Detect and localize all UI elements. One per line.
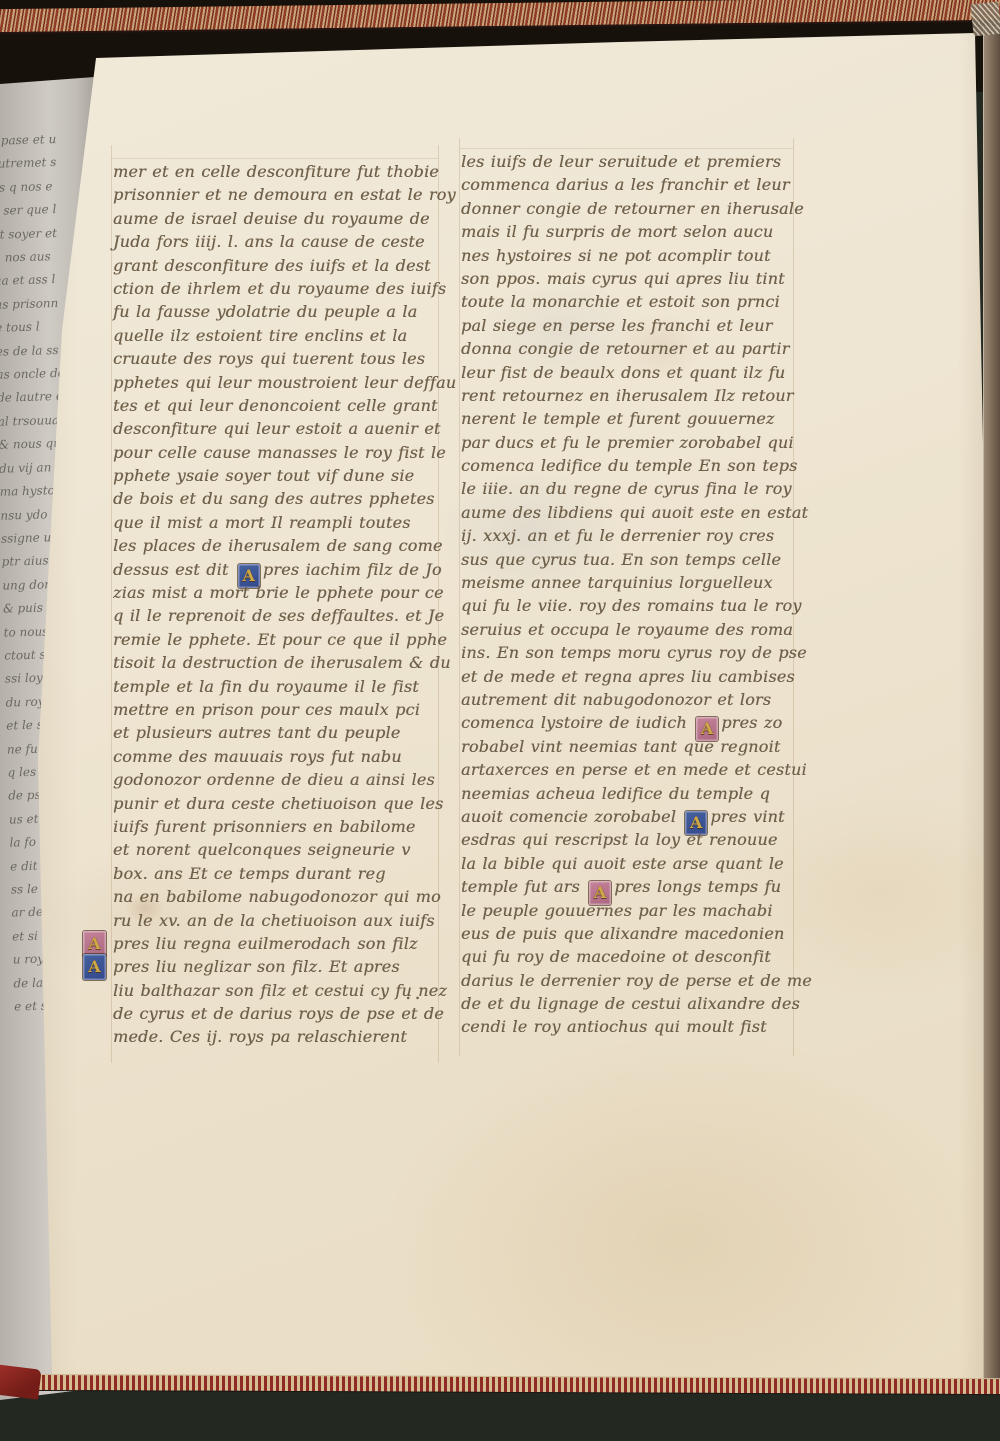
manuscript-text-line: par ducs et fu le premier zorobabel qui — [461, 431, 801, 454]
manuscript-text-line: sus que cyrus tua. En son temps celle — [461, 548, 801, 571]
manuscript-text-line: robabel vint neemias tant que regnoit — [461, 735, 801, 758]
ruling-line — [111, 158, 438, 159]
manuscript-text-line: de bois et du sang des autres pphetes — [113, 487, 453, 510]
manuscript-text-line: punir et dura ceste chetiuoison que les — [113, 792, 453, 815]
manuscript-text-line: nes hystoires si ne pot acomplir tout — [461, 244, 801, 267]
manuscript-text-line: de et du lignage de cestui alixandre des — [461, 992, 801, 1015]
manuscript-text-line: et de mede et regna apres liu cambises — [461, 665, 801, 688]
manuscript-text-line: rent retournez en iherusalem Ilz retour — [461, 384, 801, 407]
manuscript-text-line: que il mist a mort Il reampli toutes — [113, 511, 453, 534]
manuscript-text-line: qui fu le viie. roy des romains tua le r… — [461, 594, 801, 617]
page-edges-top-right — [970, 2, 1000, 37]
manuscript-text-line: ru le xv. an de la chetiuoison aux iuifs — [113, 909, 453, 932]
fore-edge-pages — [983, 26, 1000, 1388]
manuscript-text-line: godonozor ordenne de dieu a ainsi les — [113, 768, 453, 791]
manuscript-text-line: darius le derrenier roy de perse et de m… — [461, 969, 801, 992]
manuscript-text-line: neemias acheua ledifice du temple q — [461, 782, 801, 805]
manuscript-text-line: ins. En son temps moru cyrus roy de pse — [461, 641, 801, 664]
manuscript-page: 67 mer et en celle desconfiture fut thob… — [0, 0, 1000, 1441]
manuscript-text-line: eus de puis que alixandre macedonien — [461, 922, 801, 945]
manuscript-text-line: donner congie de retourner en iherusale — [461, 197, 801, 220]
manuscript-text-line: esdras qui rescripst la loy et renouue — [461, 828, 801, 851]
manuscript-text-line: iuifs furent prisonniers en babilome — [113, 815, 453, 838]
ruling-line — [459, 148, 793, 149]
manuscript-text-line: les iuifs de leur seruitude et premiers — [461, 150, 801, 173]
illuminated-initial: A — [83, 931, 106, 957]
manuscript-text-line: artaxerces en perse et en mede et cestui — [461, 758, 801, 781]
manuscript-text-line: Juda fors iiij. l. ans la cause de ceste — [113, 230, 453, 253]
ruling-line — [111, 145, 112, 1063]
manuscript-text-line: nerent le temple et furent gouuernez — [461, 407, 801, 430]
manuscript-text-line: auoit comencie zorobabel Apres vint — [461, 805, 801, 828]
manuscript-text-line: mettre en prison pour ces maulx pci — [113, 698, 453, 721]
manuscript-text-line: la la bible qui auoit este arse quant le — [461, 852, 801, 875]
manuscript-text-line: Apres liu regna euilmerodach son filz — [113, 932, 453, 955]
manuscript-text-line: meisme annee tarquinius lorguelleux — [461, 571, 801, 594]
manuscript-text-line: le peuple gouuernes par les machabi — [461, 899, 801, 922]
manuscript-text-line: cruaute des roys qui tuerent tous les — [113, 347, 453, 370]
manuscript-text-line: quelle ilz estoient tire enclins et la — [113, 324, 453, 347]
manuscript-text-line: son ppos. mais cyrus qui apres liu tint — [461, 267, 801, 290]
manuscript-text-line: comenca ledifice du temple En son teps — [461, 454, 801, 477]
manuscript-text-line: toute la monarchie et estoit son prnci — [461, 290, 801, 313]
manuscript-text-line: et plusieurs autres tant du peuple — [113, 721, 453, 744]
manuscript-text-line: qui fu roy de macedoine ot desconfit — [461, 945, 801, 968]
manuscript-text-line: les places de iherusalem de sang come — [113, 534, 453, 557]
manuscript-text-line: aume des libdiens qui auoit este en esta… — [461, 501, 801, 524]
manuscript-text-line: pal siege en perse les franchi et leur — [461, 314, 801, 337]
binding-corner-leather — [0, 1364, 42, 1399]
manuscript-text-line: Apres liu neglizar son filz. Et apres — [113, 955, 453, 978]
manuscript-text-line: liu balthazar son filz et cestui cy fu n… — [113, 979, 453, 1002]
manuscript-text-line: mer et en celle desconfiture fut thobie — [113, 160, 453, 183]
book-photo: { "page": { "folio_number": "67", "margi… — [0, 0, 1000, 1441]
manuscript-text-line: cendi le roy antiochus qui moult fist — [461, 1015, 801, 1038]
manuscript-text-line: zias mist a mort brie le pphete pour ce — [113, 581, 453, 604]
illuminated-initial: A — [83, 954, 106, 980]
manuscript-text-line: aume de israel deuise du royaume de — [113, 207, 453, 230]
ruling-line — [459, 138, 460, 1056]
manuscript-text-line: pphetes qui leur moustroient leur deffau — [113, 371, 453, 394]
right-text-column: les iuifs de leur seruitude et premiersc… — [461, 150, 801, 1039]
manuscript-text-line: le iiie. an du regne de cyrus fina le ro… — [461, 477, 801, 500]
left-text-column: mer et en celle desconfiture fut thobiep… — [113, 160, 453, 1049]
manuscript-text-line: seruius et occupa le royaume des roma — [461, 618, 801, 641]
manuscript-text-line: tisoit la destruction de iherusalem & du — [113, 651, 453, 674]
manuscript-text-line: comme des mauuais roys fut nabu — [113, 745, 453, 768]
manuscript-text-line: pphete ysaie soyer tout vif dune sie — [113, 464, 453, 487]
manuscript-text-line: temple fut ars Apres longs temps fu — [461, 875, 801, 898]
manuscript-text-line: et norent quelconques seigneurie v — [113, 838, 453, 861]
manuscript-text-line: fu la fausse ydolatrie du peuple a la — [113, 300, 453, 323]
manuscript-text-line: autrement dit nabugodonozor et lors — [461, 688, 801, 711]
manuscript-text-line: dessus est dit Apres iachim filz de Jo — [113, 558, 453, 581]
manuscript-text-line: comenca lystoire de iudich Apres zo — [461, 711, 801, 734]
manuscript-text-line: na en babilome nabugodonozor qui mo — [113, 885, 453, 908]
manuscript-text-line: ction de ihrlem et du royaume des iuifs — [113, 277, 453, 300]
manuscript-text-line: pour celle cause manasses le roy fist le — [113, 441, 453, 464]
manuscript-text-line: donna congie de retourner et au partir — [461, 337, 801, 360]
manuscript-text-line: tes et qui leur denoncoient celle grant — [113, 394, 453, 417]
manuscript-text-line: remie le pphete. Et pour ce que il pphe — [113, 628, 453, 651]
manuscript-text-line: q il le reprenoit de ses deffaultes. et … — [113, 604, 453, 627]
manuscript-text-line: prisonnier et ne demoura en estat le roy — [113, 183, 453, 206]
manuscript-text-line: leur fist de beaulx dons et quant ilz fu — [461, 361, 801, 384]
manuscript-text-line: mais il fu surpris de mort selon aucu — [461, 220, 801, 243]
manuscript-text-line: de cyrus et de darius roys de pse et de — [113, 1002, 453, 1025]
manuscript-text-line: desconfiture qui leur estoit a auenir et — [113, 417, 453, 440]
manuscript-text-line: commenca darius a les franchir et leur — [461, 173, 801, 196]
marginal-dots: .. — [405, 980, 424, 1004]
manuscript-text-line: box. ans Et ce temps durant reg — [113, 862, 453, 885]
manuscript-text-line: ij. xxxj. an et fu le derrenier roy cres — [461, 524, 801, 547]
manuscript-text-line: temple et la fin du royaume il le fist — [113, 675, 453, 698]
manuscript-text-line: mede. Ces ij. roys pa relaschierent — [113, 1025, 453, 1048]
manuscript-text-line: grant desconfiture des iuifs et la dest — [113, 254, 453, 277]
